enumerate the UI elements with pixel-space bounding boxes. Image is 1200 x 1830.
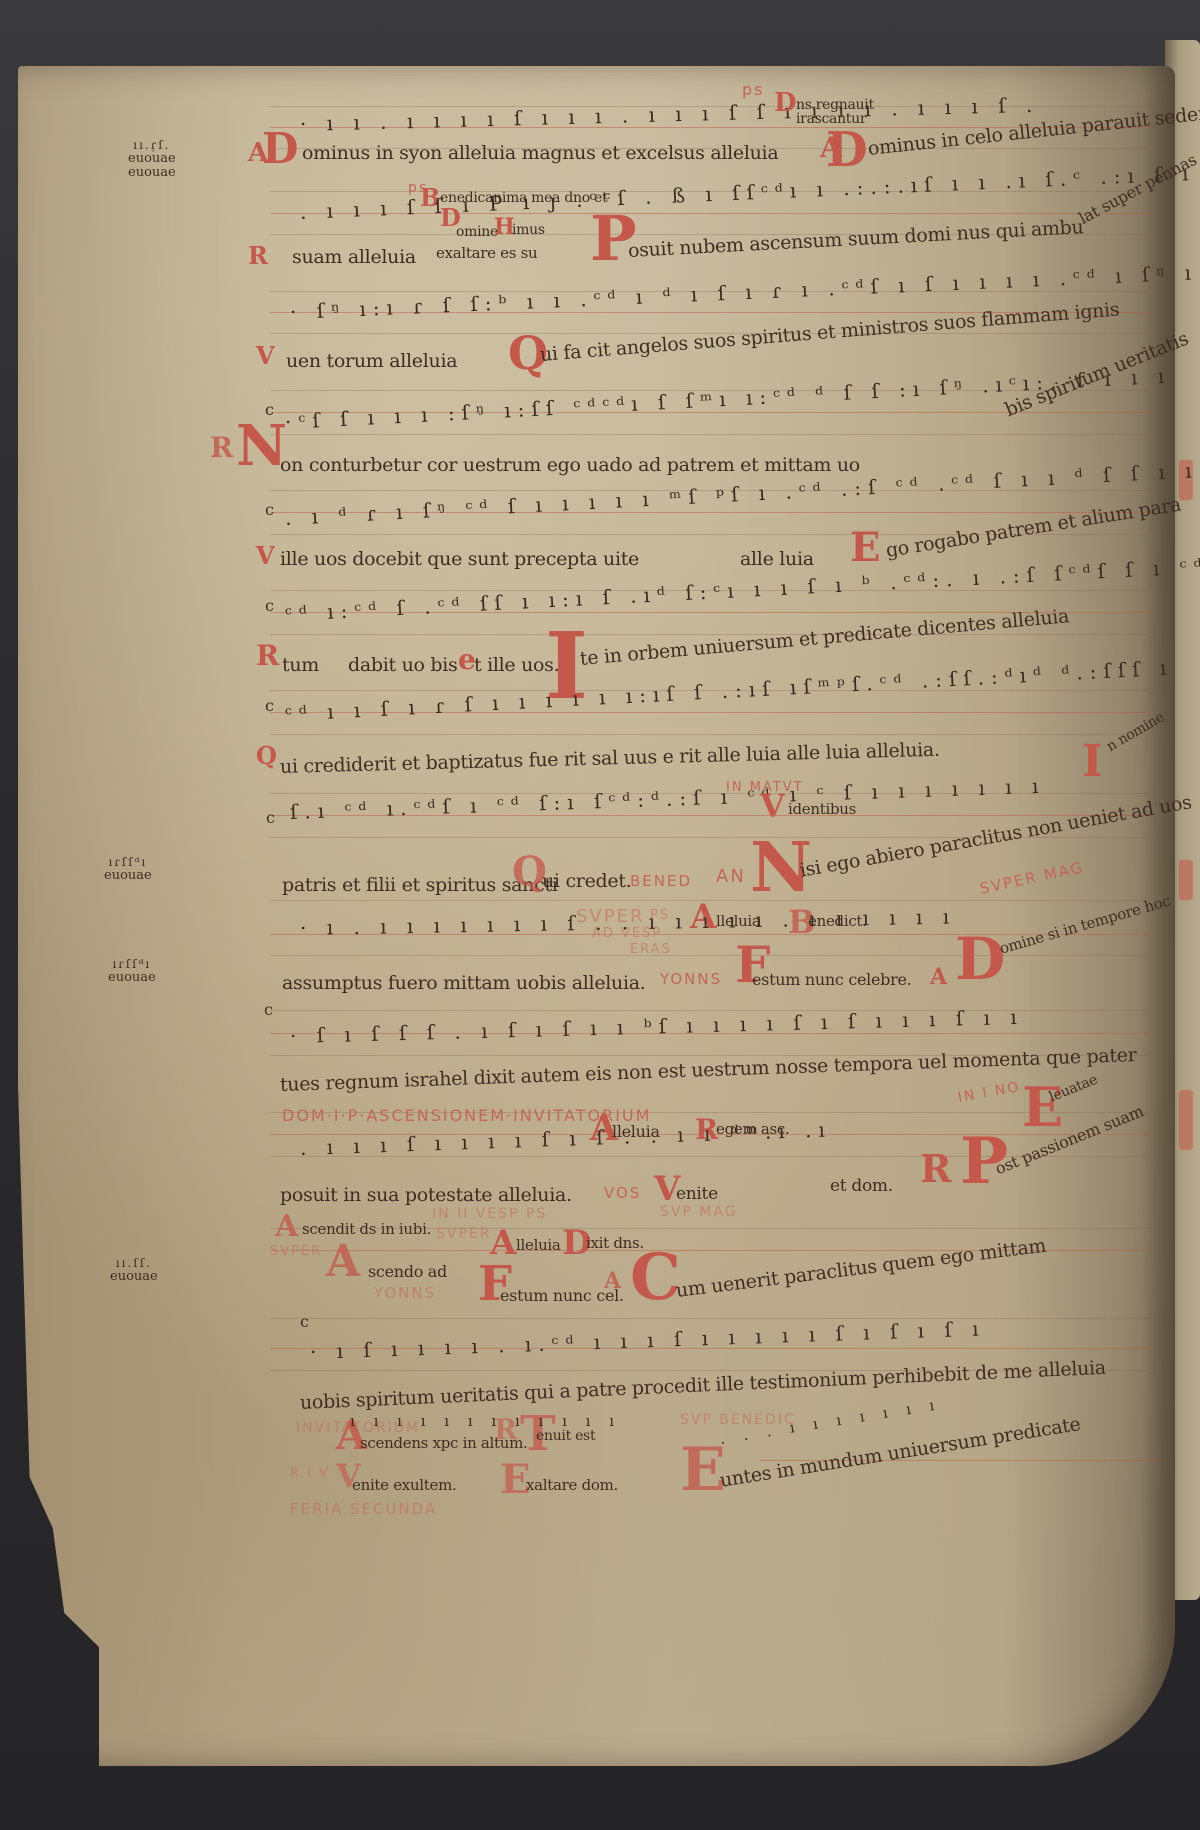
chant-text: xaltare dom. xyxy=(526,1476,618,1494)
initial-letter: R xyxy=(920,1150,952,1188)
neume-line: ı ı ı ı ı ı ı ı ı ı ı ı xyxy=(350,1412,621,1430)
c-clef-icon: c xyxy=(265,696,274,715)
initial-letter: R xyxy=(248,244,268,268)
initial-letter: A xyxy=(275,1212,298,1242)
chant-text: ille uos docebit que sunt precepta uite xyxy=(280,548,639,570)
initial-letter: A xyxy=(490,1226,516,1260)
chant-text: ominus in syon alleluia magnus et excels… xyxy=(302,142,778,164)
initial-letter: C xyxy=(630,1246,681,1310)
rubric-office: BENED xyxy=(630,872,692,890)
rubric-office: SVP MAG xyxy=(660,1204,738,1220)
initial-letter: D xyxy=(955,930,1005,988)
initial-letter: A xyxy=(930,966,947,988)
initial-letter: V xyxy=(256,344,275,368)
margin-note-differentia: ıɾſſᵈı euouae xyxy=(108,957,156,985)
initial-letter: Q xyxy=(256,744,277,768)
initial-letter: V xyxy=(256,544,275,568)
chant-text: enite xyxy=(676,1184,718,1204)
c-clef-icon: c xyxy=(264,1000,273,1019)
initial-letter: D xyxy=(774,90,797,116)
initial-letter: A xyxy=(604,1270,621,1292)
rubric-office: YONNS xyxy=(374,1284,436,1302)
chant-text: uen torum alleluia xyxy=(286,350,457,372)
initial-letter: D xyxy=(262,128,298,170)
c-clef-icon: c xyxy=(265,500,274,519)
rubric-incipit: omine xyxy=(456,224,498,240)
margin-note-differentia: ıɾſſᵈı euouae xyxy=(104,855,152,883)
c-clef-icon: c xyxy=(266,808,275,827)
initial-letter: R xyxy=(210,434,233,462)
chant-text: enite exultem. xyxy=(352,1476,457,1494)
chant-text: suam alleluia xyxy=(292,246,416,268)
margin-note-differentia: ıı.ſſ. euouae xyxy=(110,1256,158,1284)
rubric-office: IN II VESP PS xyxy=(432,1206,547,1222)
chant-text: scendo ad xyxy=(368,1262,447,1281)
initial-letter: V xyxy=(760,790,785,822)
initial-letter: E xyxy=(850,528,881,568)
rubric-office: YONNS xyxy=(660,970,722,988)
rubric-psalm: ps xyxy=(742,80,765,99)
chant-text: posuit in sua potestate alleluia. xyxy=(280,1184,572,1206)
chant-text: dabit uo bis xyxy=(348,654,458,676)
adjacent-page-red-initial xyxy=(1179,1090,1193,1150)
chant-text: tum xyxy=(282,654,319,676)
chant-text: scendit ds in iubi. xyxy=(302,1220,431,1238)
chant-text: assumptus fuero mittam uobis alleluia. xyxy=(282,972,646,994)
chant-text: exaltare es su xyxy=(436,244,537,262)
chant-text: enuit est xyxy=(536,1428,595,1444)
c-clef-icon: c xyxy=(300,1312,309,1331)
rubric-antiphon: AN xyxy=(716,866,746,887)
rubric-office: R I V xyxy=(290,1466,330,1481)
rubric-office: ERAS xyxy=(630,942,672,957)
chant-text: on conturbetur cor uestrum ego uado ad p… xyxy=(280,454,860,476)
chant-text: ui credet. xyxy=(542,870,631,892)
chant-text: lleluia xyxy=(516,1236,561,1254)
chant-text: et dom. xyxy=(830,1176,893,1196)
margin-note-differentia: ıı.ɾ̣ſ. euouae euouae xyxy=(128,138,176,180)
rubric-office: SVPER xyxy=(270,1244,322,1259)
adjacent-page-red-initial xyxy=(1179,860,1193,900)
rubric-incipit: ns regnauit irascantur xyxy=(796,98,886,126)
initial-letter: I xyxy=(1082,740,1103,784)
rubric-feria: FERIA SECUNDA xyxy=(290,1500,437,1518)
rubric-office: SVPER xyxy=(436,1226,491,1242)
rubric-incipit: imus xyxy=(512,222,545,238)
initial-letter: A xyxy=(326,1240,360,1284)
initial-letter: D xyxy=(826,126,868,174)
c-clef-icon: c xyxy=(265,596,274,615)
rubric-incipit: identibus xyxy=(788,800,856,818)
chant-text: estum nunc celebre. xyxy=(752,970,911,989)
initial-letter: R xyxy=(256,642,279,670)
chant-text: alle luia xyxy=(740,548,814,570)
rubric-office: VOS xyxy=(604,1184,641,1202)
